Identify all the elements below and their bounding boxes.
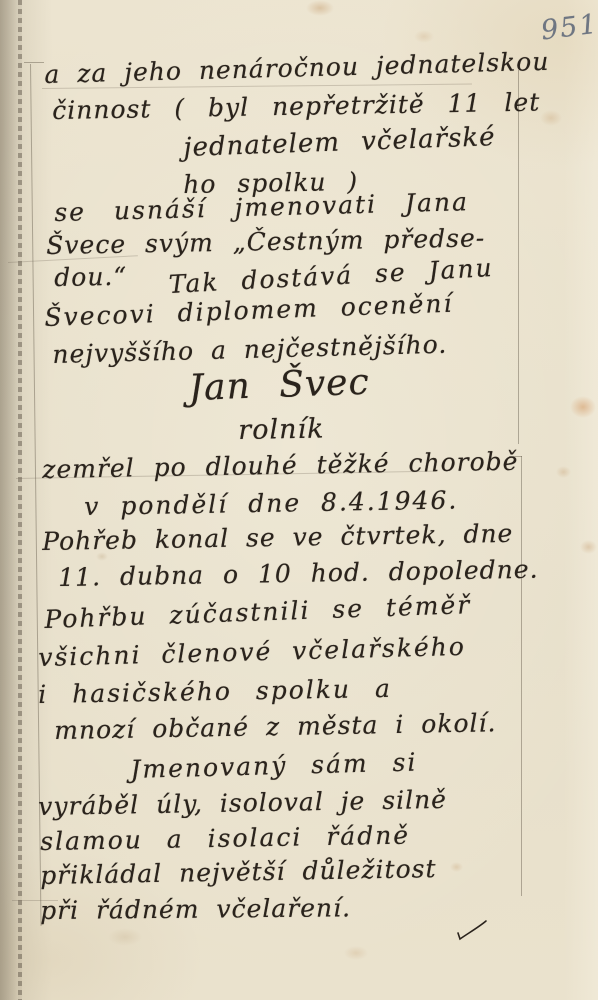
binding-shadow <box>0 0 18 1000</box>
manuscript-line: při řádném včelaření. <box>40 893 351 925</box>
frame-line-right-upper <box>518 70 519 444</box>
stitched-page-edge <box>18 0 22 1000</box>
tick-mark-icon <box>455 918 489 946</box>
frame-line-right-lower <box>521 456 522 896</box>
manuscript-title-name: Jan Švec <box>188 362 370 409</box>
manuscript-line: dou.“ <box>54 262 127 292</box>
manuscript-line: i hasičského spolku a <box>38 674 392 709</box>
scanned-manuscript-page: 951 a za jeho nenáročnou jednatelskou či… <box>0 0 598 1000</box>
page-number: 951 <box>539 9 598 47</box>
frame-line-top-tick <box>24 62 44 63</box>
manuscript-subtitle: rolník <box>238 413 325 445</box>
